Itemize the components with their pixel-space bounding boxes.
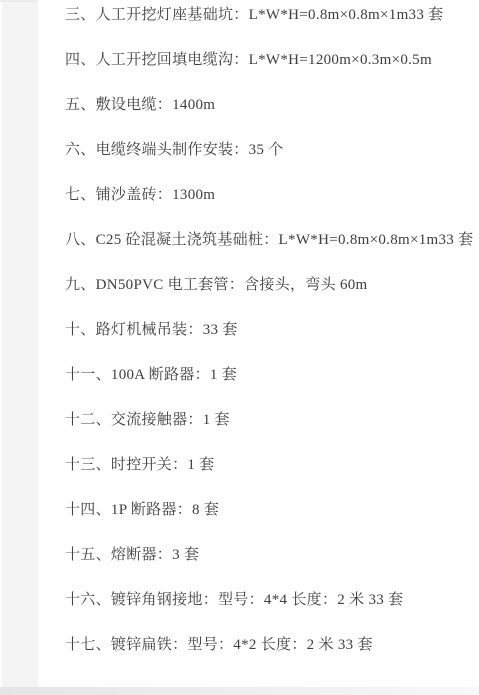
document-page: 三、人工开挖灯座基础坑：L*W*H=0.8m×0.8m×1m33 套 四、人工开… xyxy=(38,0,479,687)
list-item-8: 八、C25 砼混凝土浇筑基础桩：L*W*H=0.8m×0.8m×1m33 套 xyxy=(65,233,465,248)
list-item-9: 九、DN50PVC 电工套管：含接头，弯头 60m xyxy=(65,278,465,293)
list-item-6: 六、电缆终端头制作安装：35 个 xyxy=(65,143,465,158)
list-item-4: 四、人工开挖回填电缆沟：L*W*H=1200m×0.3m×0.5m xyxy=(65,53,465,68)
list-item-15: 十五、熔断器：3 套 xyxy=(65,548,465,563)
list-item-13: 十三、时控开关：1 套 xyxy=(65,458,465,473)
list-item-10: 十、路灯机械吊装：33 套 xyxy=(65,323,465,338)
document-item-list: 三、人工开挖灯座基础坑：L*W*H=0.8m×0.8m×1m33 套 四、人工开… xyxy=(65,8,465,653)
list-item-7: 七、铺沙盖砖：1300m xyxy=(65,188,465,203)
list-item-17: 十七、镀锌扁铁：型号：4*2 长度：2 米 33 套 xyxy=(65,638,465,653)
list-item-5: 五、敷设电缆：1400m xyxy=(65,98,465,113)
list-item-12: 十二、交流接触器：1 套 xyxy=(65,413,465,428)
list-item-14: 十四、1P 断路器：8 套 xyxy=(65,503,465,518)
list-item-11: 十一、100A 断路器：1 套 xyxy=(65,368,465,383)
page-left-margin-band xyxy=(2,2,38,687)
list-item-3: 三、人工开挖灯座基础坑：L*W*H=0.8m×0.8m×1m33 套 xyxy=(65,8,465,23)
page-bottom-edge-band xyxy=(0,687,479,695)
list-item-16: 十六、镀锌角钢接地：型号：4*4 长度：2 米 33 套 xyxy=(65,593,465,608)
